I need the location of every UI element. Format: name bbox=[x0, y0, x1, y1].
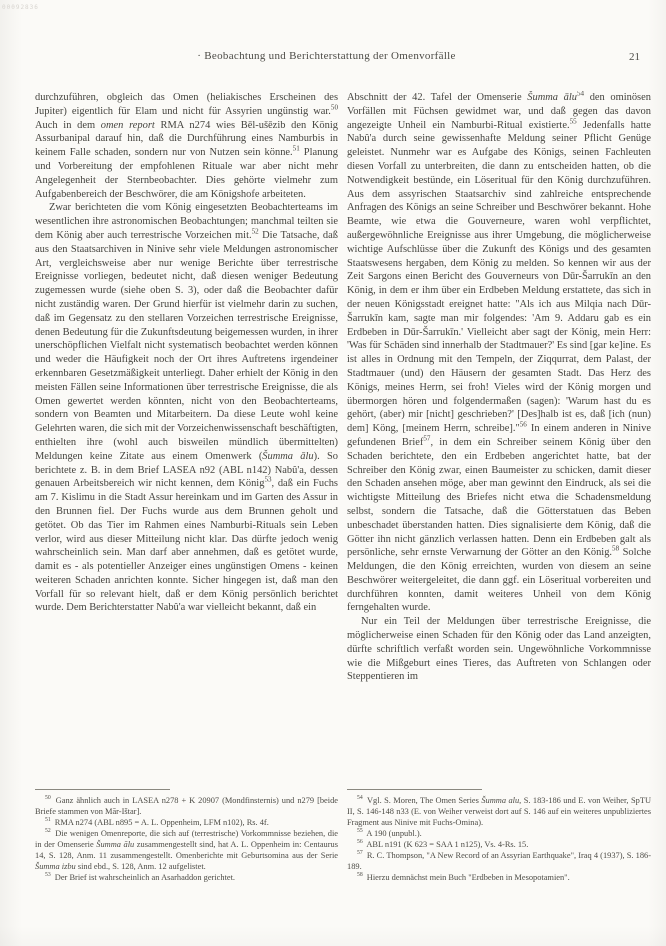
footnote: 52 Die wenigen Omenreporte, die sich auf… bbox=[35, 828, 338, 872]
page-number: 21 bbox=[629, 51, 640, 63]
running-header: · Beobachtung und Berichterstattung der … bbox=[35, 50, 648, 66]
footnote-text: Die wenigen Omenreporte, die sich auf (t… bbox=[35, 829, 338, 871]
left-column: durchzuführen, obgleich das Omen (heliak… bbox=[35, 91, 338, 883]
left-column-body: durchzuführen, obgleich das Omen (heliak… bbox=[35, 91, 338, 615]
footnote-text: RMA n274 (ABL n895 = A. L. Oppenheim, LF… bbox=[53, 818, 269, 827]
scan-watermark: 00092836 bbox=[2, 4, 39, 11]
footnote-text: Ganz ähnlich auch in LASEA n278 + K 2090… bbox=[35, 796, 338, 816]
text-columns: durchzuführen, obgleich das Omen (heliak… bbox=[35, 91, 651, 883]
footnote-text: Hierzu demnächst mein Buch "Erdbeben in … bbox=[365, 873, 570, 882]
footnote: 54 Vgl. S. Moren, The Omen Series Šumma … bbox=[347, 795, 651, 828]
footnote: 57 R. C. Thompson, "A New Record of an A… bbox=[347, 850, 651, 872]
footnote-text: Der Brief ist wahrscheinlich an Asarhadd… bbox=[53, 873, 235, 882]
footnote: 53 Der Brief ist wahrscheinlich an Asarh… bbox=[35, 872, 338, 883]
footnote-number: 57 bbox=[357, 850, 363, 856]
footnote: 58 Hierzu demnächst mein Buch "Erdbeben … bbox=[347, 872, 651, 883]
running-header-title: · Beobachtung und Berichterstattung der … bbox=[35, 50, 618, 62]
paragraph: Zwar berichteten die vom König eingesetz… bbox=[35, 201, 338, 615]
footnote-number: 53 bbox=[45, 872, 51, 878]
right-footnotes: 54 Vgl. S. Moren, The Omen Series Šumma … bbox=[347, 789, 651, 883]
footnote-number: 51 bbox=[45, 817, 51, 823]
right-footnote-list: 54 Vgl. S. Moren, The Omen Series Šumma … bbox=[347, 795, 651, 883]
footnote-number: 50 bbox=[45, 795, 51, 801]
footnote-number: 52 bbox=[45, 828, 51, 834]
footnote-text: A 190 (unpubl.). bbox=[365, 829, 422, 838]
footnote-separator bbox=[347, 789, 482, 790]
paragraph: Nur ein Teil der Meldungen über terrestr… bbox=[347, 615, 651, 684]
footnote-text: Vgl. S. Moren, The Omen Series Šumma alu… bbox=[347, 796, 651, 827]
paragraph: Abschnitt der 42. Tafel der Omenserie Šu… bbox=[347, 91, 651, 615]
footnote: 55 A 190 (unpubl.). bbox=[347, 828, 651, 839]
footnote: 56 ABL n191 (K 623 = SAA 1 n125), Vs. 4-… bbox=[347, 839, 651, 850]
right-column-body: Abschnitt der 42. Tafel der Omenserie Šu… bbox=[347, 91, 651, 684]
footnote-number: 58 bbox=[357, 872, 363, 878]
footnote-number: 56 bbox=[357, 839, 363, 845]
footnote-text: ABL n191 (K 623 = SAA 1 n125), Vs. 4-Rs.… bbox=[365, 840, 529, 849]
left-footnotes: 50 Ganz ähnlich auch in LASEA n278 + K 2… bbox=[35, 789, 338, 883]
footnote-number: 54 bbox=[357, 795, 363, 801]
footnote-text: R. C. Thompson, "A New Record of an Assy… bbox=[347, 851, 651, 871]
right-column: Abschnitt der 42. Tafel der Omenserie Šu… bbox=[347, 91, 651, 883]
paragraph: durchzuführen, obgleich das Omen (heliak… bbox=[35, 91, 338, 201]
footnote-number: 55 bbox=[357, 828, 363, 834]
footnote: 51 RMA n274 (ABL n895 = A. L. Oppenheim,… bbox=[35, 817, 338, 828]
footnote: 50 Ganz ähnlich auch in LASEA n278 + K 2… bbox=[35, 795, 338, 817]
footnote-separator bbox=[35, 789, 170, 790]
left-footnote-list: 50 Ganz ähnlich auch in LASEA n278 + K 2… bbox=[35, 795, 338, 883]
book-page-scan: 00092836 · Beobachtung und Berichterstat… bbox=[0, 0, 666, 946]
